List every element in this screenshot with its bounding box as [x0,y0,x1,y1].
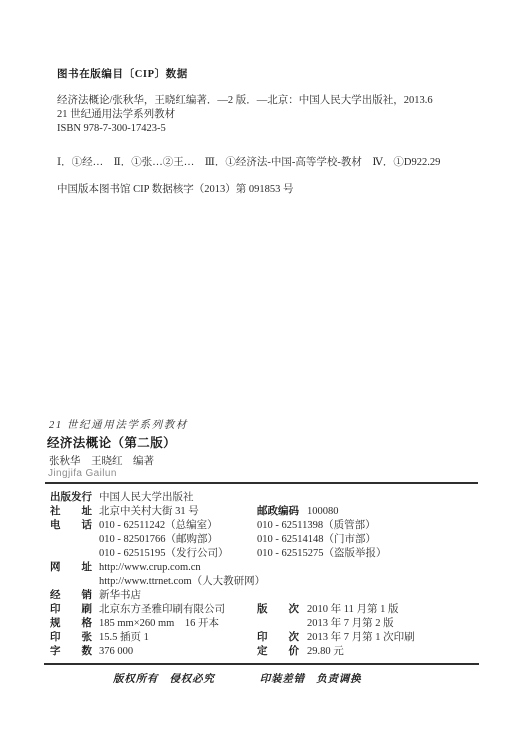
imprint-right-col: 定价29.80 元 [257,645,344,659]
cip-classification: Ⅰ．①经… Ⅱ．①张…②王… Ⅲ．①经济法-中国-高等学校-教材 Ⅳ．①D922… [57,154,440,169]
imprint-label: 字数 [50,645,92,659]
imprint-value: 2010 年 11 月第 1 版 [307,603,399,617]
imprint-value: 376 000 [99,645,133,659]
imprint-right-col: 印次2013 年 7 月第 1 次印刷 [257,631,415,645]
imprint-value: 中国人民大学出版社 [99,491,194,505]
cip-bibliographic-line: 经济法概论/张秋华，王晓红编著．—2 版．—北京：中国人民大学出版社，2013.… [57,94,433,108]
imprint-value: 100080 [307,505,339,519]
copyright-statement: 版权所有 侵权必究 印装差错 负责调换 [113,671,361,686]
imprint-value: 185 mm×260 mm 16 开本 [99,617,219,631]
imprint-row-phone-3: 010 - 62515195（发行公司） 010 - 62515275（盗版举报… [50,547,480,561]
pinyin-title: Jingjifa Gailun [48,468,117,479]
cip-isbn: ISBN 978-7-300-17423-5 [57,122,433,136]
imprint-value: http://www.ttrnet.com（人大教研网） [99,575,265,589]
imprint-value: 15.5 插页 1 [99,631,149,645]
imprint-row-phone-2: 010 - 82501766（邮购部） 010 - 62514148（门市部） [50,533,480,547]
imprint-label: 印次 [257,631,299,645]
imprint-value: 010 - 62511242（总编室） [99,519,218,533]
book-title: 经济法概论（第二版） [47,433,176,451]
imprint-value: http://www.crup.com.cn [99,561,201,575]
book-copyright-page: 图书在版编目〔CIP〕数据 经济法概论/张秋华，王晓红编著．—2 版．—北京：中… [0,0,521,733]
imprint-row-phone-1: 电话010 - 62511242（总编室） 010 - 62511398（质管部… [50,519,480,533]
imprint-label: 印刷 [50,603,92,617]
divider-rule-top [45,482,478,484]
imprint-value: 2013 年 7 月第 1 次印刷 [307,631,415,645]
imprint-row-wordcount: 字数376 000 定价29.80 元 [50,645,480,659]
imprint-value: 2013 年 7 月第 2 版 [307,617,394,631]
imprint-right-col: 版次2010 年 11 月第 1 版 [257,603,399,617]
divider-rule-bottom [44,663,479,665]
imprint-row-sheets: 印张15.5 插页 1 印次2013 年 7 月第 1 次印刷 [50,631,480,645]
cip-description: 经济法概论/张秋华，王晓红编著．—2 版．—北京：中国人民大学出版社，2013.… [57,94,433,136]
imprint-row-website-2: http://www.ttrnet.com（人大教研网） [50,575,480,589]
imprint-label: 社址 [50,505,92,519]
imprint-right-col: 010 - 62515275（盗版举报） [257,547,387,561]
imprint-label: 版次 [257,603,299,617]
imprint-right-col: 2013 年 7 月第 2 版 [257,617,394,631]
imprint-label: 规格 [50,617,92,631]
imprint-value: 北京中关村大街 31 号 [99,505,199,519]
imprint-right-col: 010 - 62511398（质管部） [257,519,376,533]
copyright-statement-left: 版权所有 侵权必究 [113,671,215,686]
imprint-value: 新华书店 [99,589,141,603]
cip-header: 图书在版编目〔CIP〕数据 [57,66,188,81]
imprint-right-col: 邮政编码100080 [257,505,339,519]
imprint-label: 定价 [257,645,299,659]
imprint-label: 出版发行 [50,491,92,505]
imprint-label: 网址 [50,561,92,575]
imprint-block: 出版发行中国人民大学出版社 社址北京中关村大街 31 号 邮政编码100080 … [50,491,480,659]
imprint-label: 邮政编码 [257,505,299,519]
imprint-value: 010 - 82501766（邮购部） [99,533,218,547]
imprint-row-format: 规格185 mm×260 mm 16 开本 2013 年 7 月第 2 版 [50,617,480,631]
imprint-row-distributor: 经销新华书店 [50,589,480,603]
cip-series-line: 21 世纪通用法学系列教材 [57,108,433,122]
imprint-label: 电话 [50,519,92,533]
imprint-row-address: 社址北京中关村大街 31 号 邮政编码100080 [50,505,480,519]
copyright-statement-right: 印装差错 负责调换 [260,671,362,686]
cip-registry-number: 中国版本图书馆 CIP 数据核字（2013）第 091853 号 [57,181,293,196]
imprint-row-website-1: 网址http://www.crup.com.cn [50,561,480,575]
imprint-label: 经销 [50,589,92,603]
imprint-label: 印张 [50,631,92,645]
series-title: 21 世纪通用法学系列教材 [49,417,188,432]
authors-line: 张秋华 王晓红 编著 [49,453,154,468]
imprint-row-printer: 印刷北京东方圣雅印刷有限公司 版次2010 年 11 月第 1 版 [50,603,480,617]
imprint-row-publisher: 出版发行中国人民大学出版社 [50,491,480,505]
imprint-value: 29.80 元 [307,645,344,659]
imprint-right-col: 010 - 62514148（门市部） [257,533,376,547]
imprint-value: 北京东方圣雅印刷有限公司 [99,603,225,617]
imprint-value: 010 - 62515195（发行公司） [99,547,229,561]
